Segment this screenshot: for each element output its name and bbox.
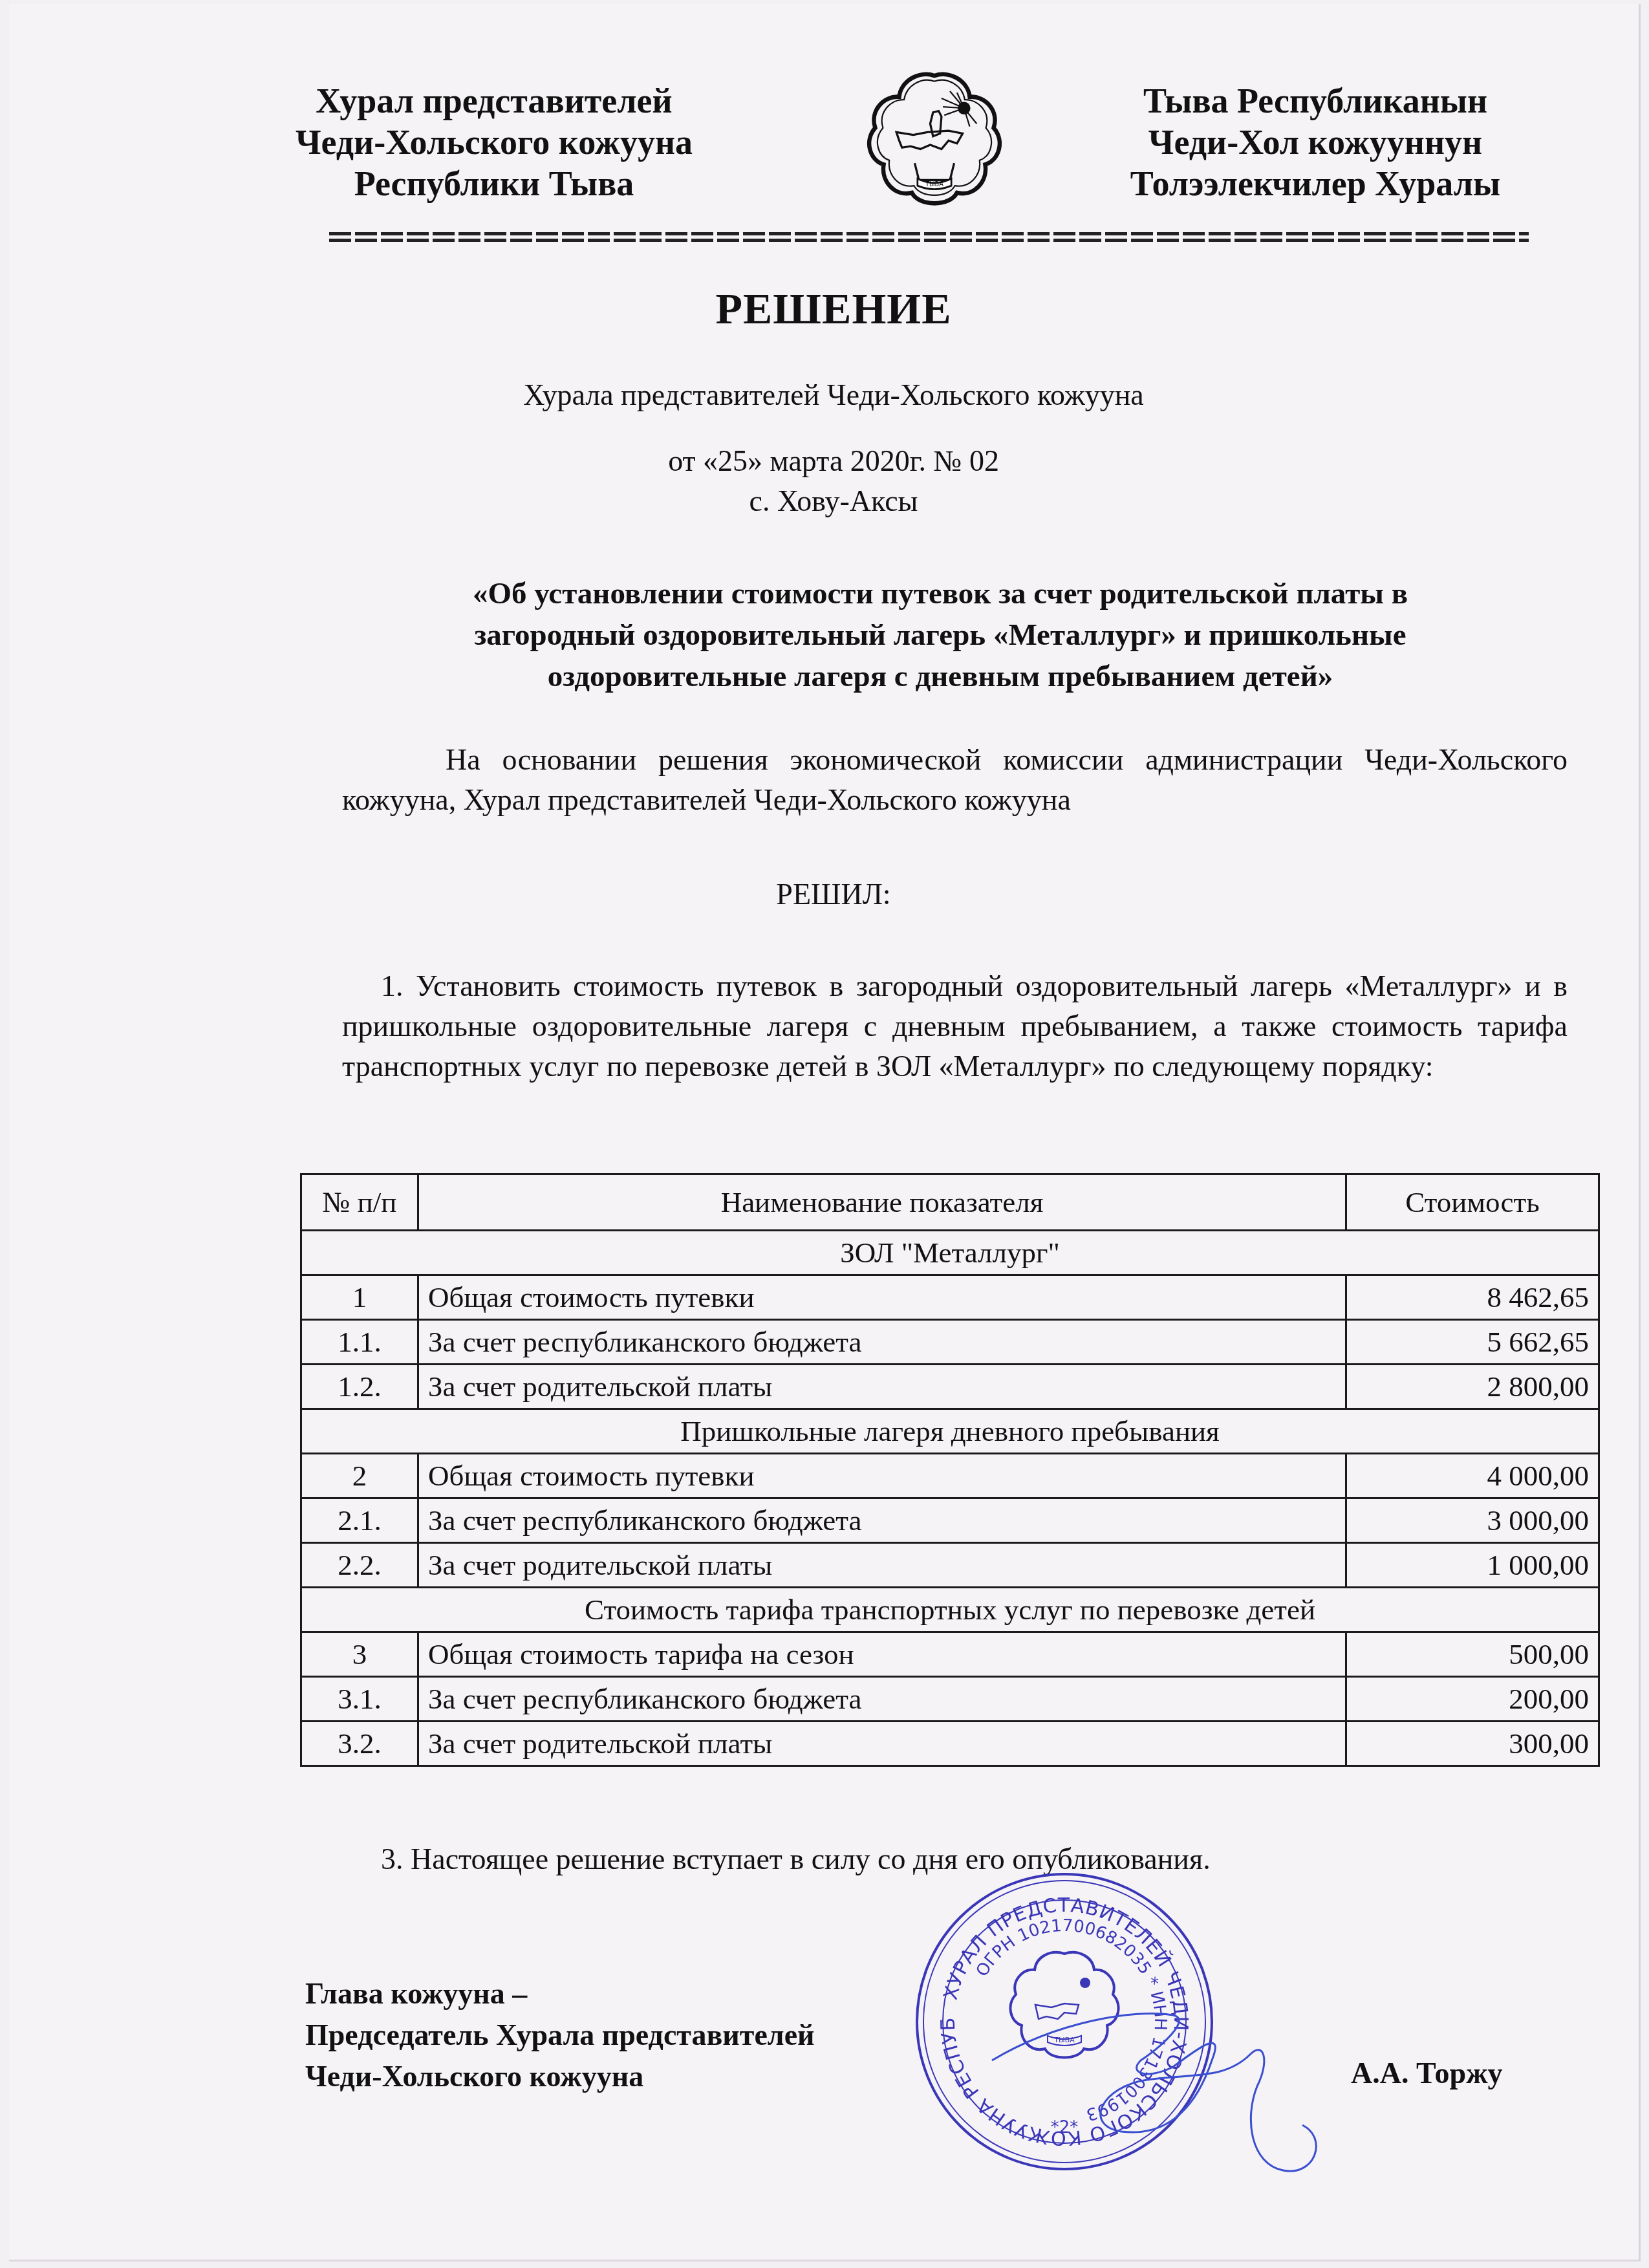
row-num: 1 — [301, 1275, 418, 1320]
table-row: 3.1. За счет республиканского бюджета 20… — [301, 1677, 1599, 1722]
header-cost: Стоимость — [1346, 1174, 1599, 1231]
row-num: 1.1. — [301, 1320, 418, 1365]
decision-subject: «Об установлении стоимости путевок за сч… — [332, 573, 1548, 697]
date-number-line: от «25» марта 2020г. № 02 — [9, 444, 1649, 478]
section-row: ЗОЛ "Металлург" — [301, 1231, 1599, 1275]
header-right-org: Тыва Республиканын Чеди-Хол кожууннун То… — [1083, 80, 1548, 204]
costs-table: № п/п Наименование показателя Стоимость … — [300, 1173, 1600, 1767]
header-divider — [329, 232, 1529, 243]
header-left-org: Хурал представителей Чеди-Хольского кожу… — [261, 80, 727, 204]
section-row: Пришкольные лагеря дневного пребывания — [301, 1409, 1599, 1454]
row-num: 2.1. — [301, 1498, 418, 1543]
header-name: Наименование показателя — [418, 1174, 1346, 1231]
resolved-heading: РЕШИЛ: — [9, 877, 1649, 911]
issuer-line: Хурала представителей Чеди-Хольского кож… — [9, 378, 1649, 412]
table-row: 3 Общая стоимость тарифа на сезон 500,00 — [301, 1632, 1599, 1677]
position-line: Чеди-Хольского кожууна — [305, 2056, 815, 2097]
row-name: За счет родительской платы — [418, 1365, 1346, 1409]
preamble-paragraph: На основании решения экономической комис… — [342, 740, 1568, 820]
row-num: 3.2. — [301, 1722, 418, 1766]
row-cost: 1 000,00 — [1346, 1543, 1599, 1588]
table-row: 3.2. За счет родительской платы 300,00 — [301, 1722, 1599, 1766]
row-cost: 300,00 — [1346, 1722, 1599, 1766]
row-num: 2.2. — [301, 1543, 418, 1588]
table-row: 2 Общая стоимость путевки 4 000,00 — [301, 1454, 1599, 1498]
table-row: 2.2. За счет родительской платы 1 000,00 — [301, 1543, 1599, 1588]
place-line: с. Хову-Аксы — [9, 484, 1649, 518]
section-row: Стоимость тарифа транспортных услуг по п… — [301, 1588, 1599, 1632]
row-num: 1.2. — [301, 1365, 418, 1409]
row-cost: 8 462,65 — [1346, 1275, 1599, 1320]
row-num: 2 — [301, 1454, 418, 1498]
row-cost: 4 000,00 — [1346, 1454, 1599, 1498]
row-name: За счет республиканского бюджета — [418, 1498, 1346, 1543]
row-name: Общая стоимость путевки — [418, 1275, 1346, 1320]
row-cost: 5 662,65 — [1346, 1320, 1599, 1365]
row-cost: 200,00 — [1346, 1677, 1599, 1722]
row-cost: 3 000,00 — [1346, 1498, 1599, 1543]
table-header-row: № п/п Наименование показателя Стоимость — [301, 1174, 1599, 1231]
section-title: Стоимость тарифа транспортных услуг по п… — [301, 1588, 1599, 1632]
document-page: Хурал представителей Чеди-Хольского кожу… — [9, 4, 1641, 2262]
table-row: 1.1. За счет республиканского бюджета 5 … — [301, 1320, 1599, 1365]
subject-line: оздоровительные лагеря с дневным пребыва… — [332, 656, 1548, 697]
signatory-name: А.А. Торжу — [1351, 2056, 1503, 2090]
subject-line: загородный оздоровительный лагерь «Метал… — [332, 614, 1548, 656]
section-title: Пришкольные лагеря дневного пребывания — [301, 1409, 1599, 1454]
row-cost: 2 800,00 — [1346, 1365, 1599, 1409]
table-row: 1 Общая стоимость путевки 8 462,65 — [301, 1275, 1599, 1320]
header-left-line: Чеди-Хольского кожууна — [261, 122, 727, 163]
item-1-paragraph: 1. Установить стоимость путевок в загоро… — [342, 966, 1568, 1086]
position-line: Председатель Хурала представителей — [305, 2014, 815, 2056]
header-right-line: Чеди-Хол кожууннун — [1083, 122, 1548, 163]
row-num: 3.1. — [301, 1677, 418, 1722]
tuva-emblem-icon: ТЫВА — [864, 67, 1005, 208]
row-name: Общая стоимость тарифа на сезон — [418, 1632, 1346, 1677]
row-name: За счет республиканского бюджета — [418, 1320, 1346, 1365]
document-title: РЕШЕНИЕ — [9, 283, 1649, 334]
header-right-line: Толээлекчилер Хуралы — [1083, 163, 1548, 204]
table-row: 2.1. За счет республиканского бюджета 3 … — [301, 1498, 1599, 1543]
header-num: № п/п — [301, 1174, 418, 1231]
header-left-line: Хурал представителей — [261, 80, 727, 122]
row-num: 3 — [301, 1632, 418, 1677]
position-line: Глава кожууна – — [305, 1973, 815, 2014]
row-cost: 500,00 — [1346, 1632, 1599, 1677]
section-title: ЗОЛ "Металлург" — [301, 1231, 1599, 1275]
handwritten-signature-icon — [979, 1970, 1341, 2229]
svg-text:ТЫВА: ТЫВА — [925, 181, 943, 188]
row-name: За счет родительской платы — [418, 1543, 1346, 1588]
subject-line: «Об установлении стоимости путевок за сч… — [332, 573, 1548, 614]
row-name: Общая стоимость путевки — [418, 1454, 1346, 1498]
table-row: 1.2. За счет родительской платы 2 800,00 — [301, 1365, 1599, 1409]
header-right-line: Тыва Республиканын — [1083, 80, 1548, 122]
header-left-line: Республики Тыва — [261, 163, 727, 204]
row-name: За счет республиканского бюджета — [418, 1677, 1346, 1722]
row-name: За счет родительской платы — [418, 1722, 1346, 1766]
signatory-position: Глава кожууна – Председатель Хурала пред… — [305, 1973, 815, 2097]
